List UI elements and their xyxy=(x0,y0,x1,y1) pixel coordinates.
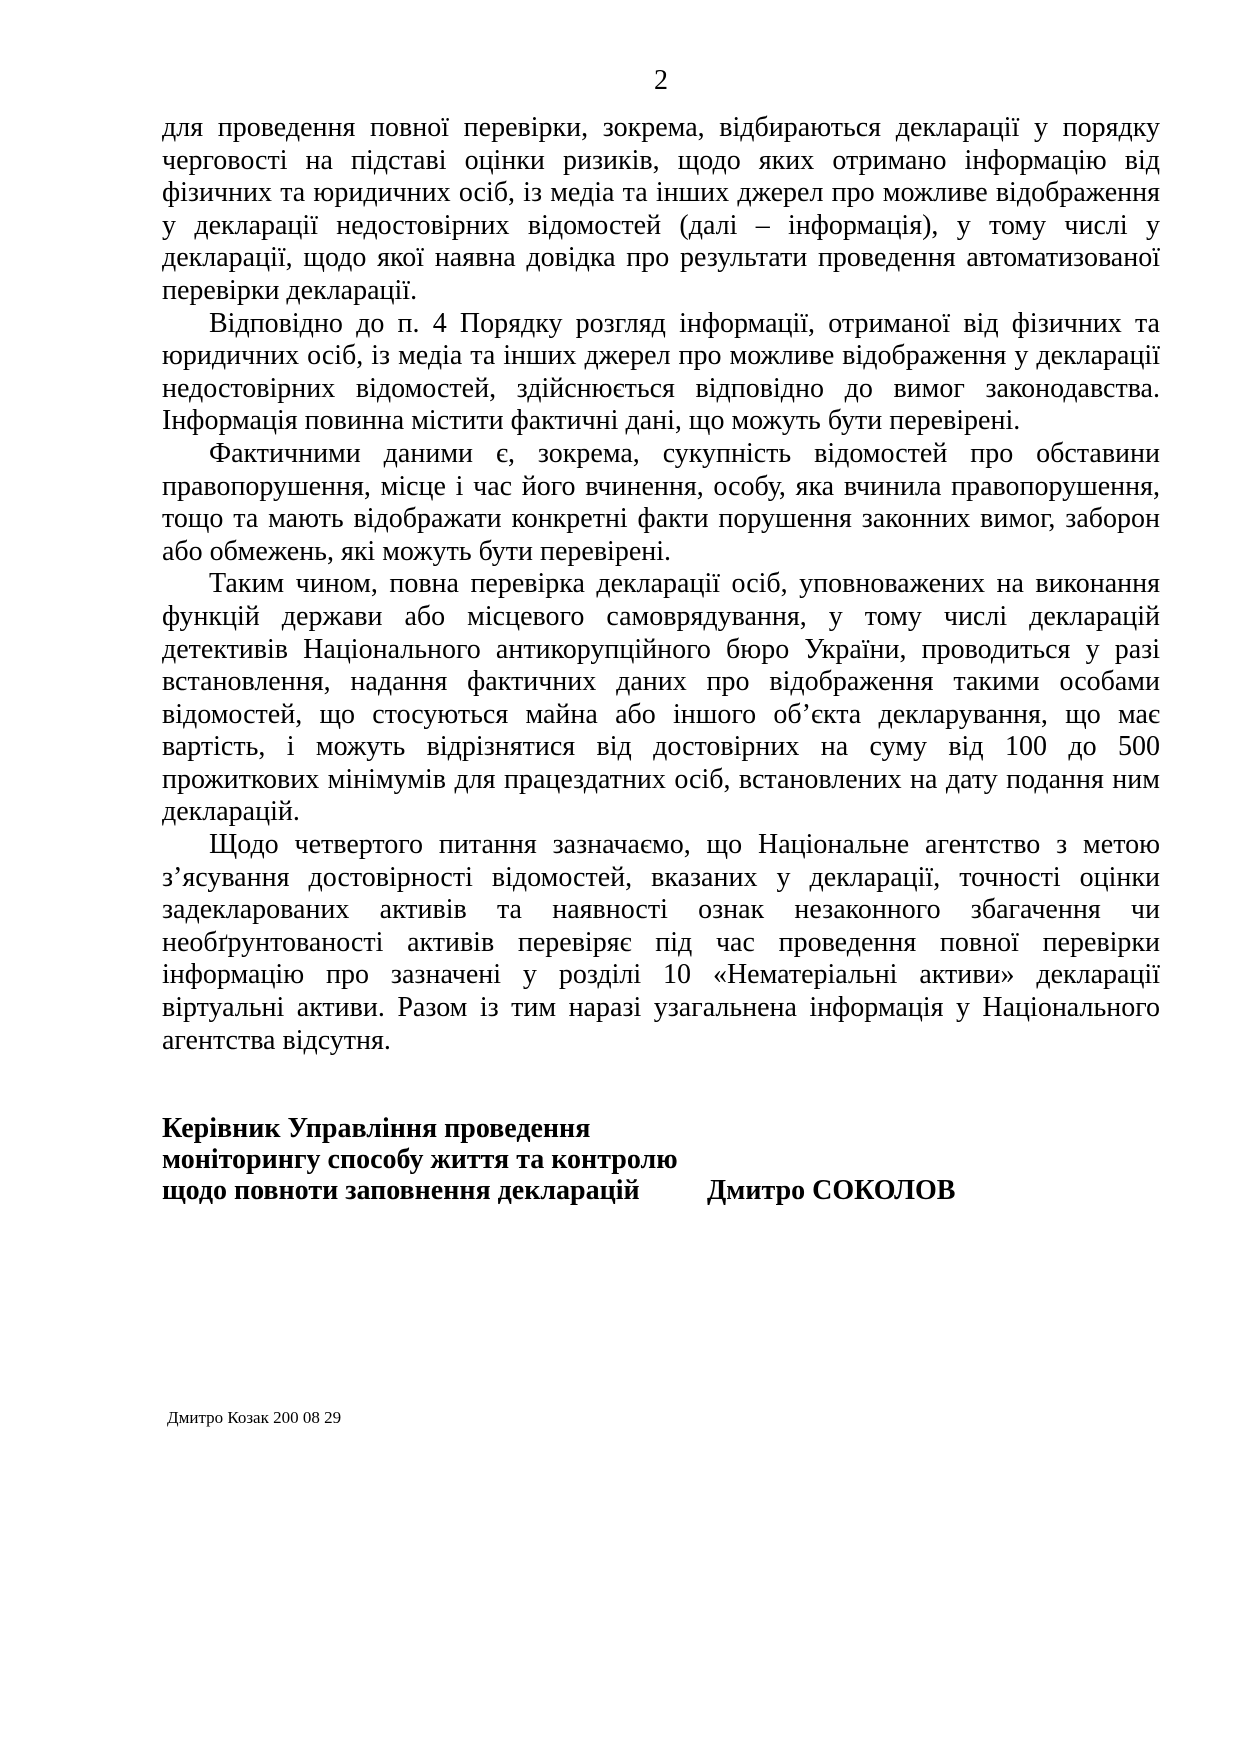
document-body: для проведення повної перевірки, зокрема… xyxy=(162,112,1160,1206)
signature-title-line: моніторингу способу життя та контролю xyxy=(162,1144,1160,1175)
signatory-name: Дмитро СОКОЛОВ xyxy=(707,1175,955,1206)
document-page: 2 для проведення повної перевірки, зокре… xyxy=(0,0,1240,1755)
paragraph: Відповідно до п. 4 Порядку розгляд інфор… xyxy=(162,308,1160,438)
paragraph: Таким чином, повна перевірка декларації … xyxy=(162,568,1160,829)
paragraph: Щодо четвертого питання зазначаємо, що Н… xyxy=(162,829,1160,1057)
paragraph: Фактичними даними є, зокрема, сукупність… xyxy=(162,438,1160,568)
footer-note: Дмитро Козак 200 08 29 xyxy=(167,1408,341,1428)
page-number: 2 xyxy=(162,64,1160,97)
signature-block: Керівник Управління проведення моніторин… xyxy=(162,1113,1160,1206)
paragraph-continuation: для проведення повної перевірки, зокрема… xyxy=(162,112,1160,308)
signature-title-line: щодо повноти заповнення декларацій xyxy=(162,1175,1160,1206)
signature-title-line: Керівник Управління проведення xyxy=(162,1113,1160,1144)
